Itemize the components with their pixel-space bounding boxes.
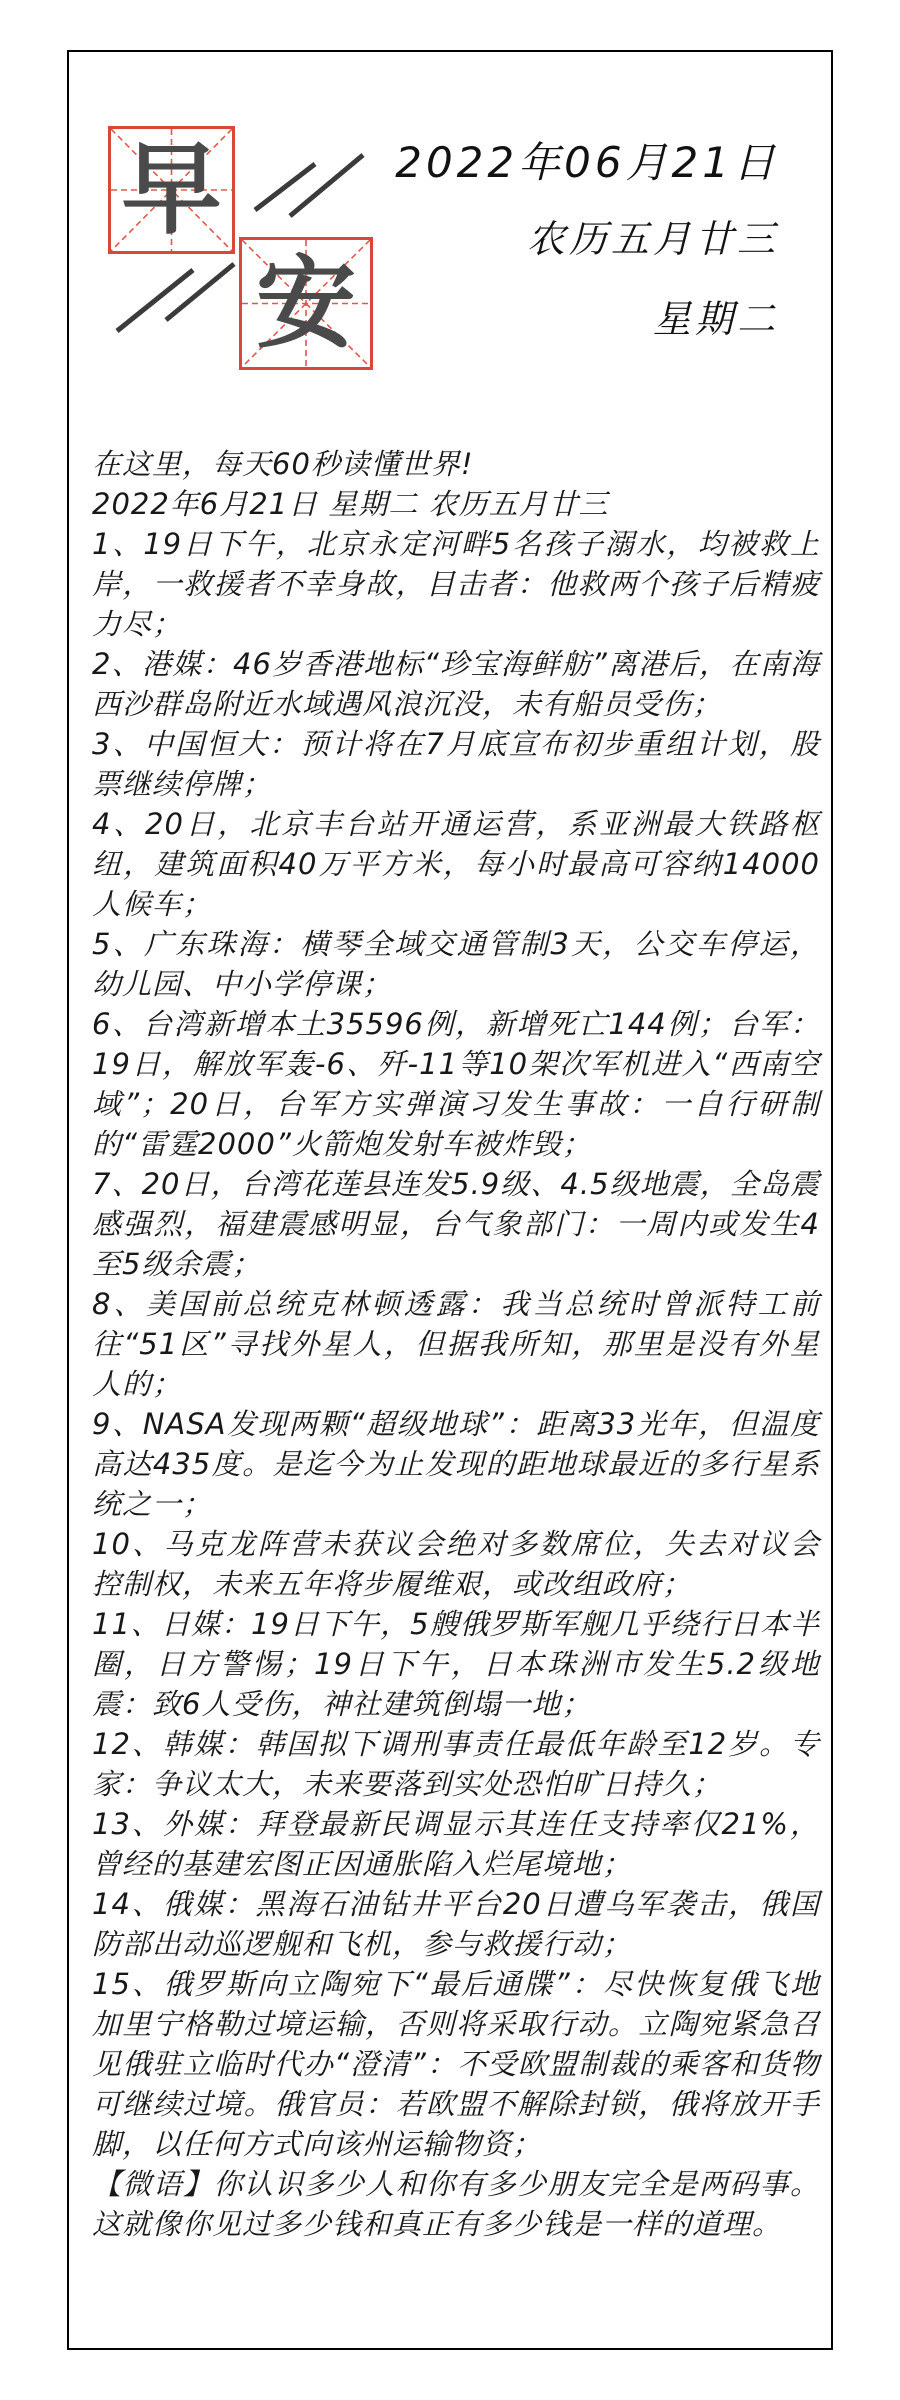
news-item: 2、港媒：46岁香港地标“珍宝海鲜舫”离港后，在南海西沙群岛附近水域遇风浪沉没，… xyxy=(92,644,820,724)
logo-grid-box-zao: 早 xyxy=(108,126,235,254)
news-item: 1、19日下午，北京永定河畔5名孩子溺水，均被救上岸，一救援者不幸身故，目击者：… xyxy=(92,524,820,644)
date-block: 2022年06月21日 农历五月廿三 星期二 xyxy=(395,140,779,341)
logo-char-an: 安 xyxy=(242,240,370,367)
news-item: 15、俄罗斯向立陶宛下“最后通牒”：尽快恢复俄飞地加里宁格勒过境运输，否则将采取… xyxy=(92,1964,820,2164)
logo-char-zao: 早 xyxy=(111,129,232,251)
news-item: 13、外媒：拜登最新民调显示其连任支持率仅21%，曾经的基建宏图正因通胀陷入烂尾… xyxy=(92,1804,820,1884)
page: 早 安 2022年06月21日 农历五月廿三 星期二 在这里，每天 xyxy=(0,0,900,2400)
news-item: 6、台湾新增本土35596例，新增死亡144例；台军：19日，解放军轰-6、歼-… xyxy=(92,1004,820,1164)
weiyu-quote: 【微语】你认识多少人和你有多少朋友完全是两码事。这就像你见过多少钱和真正有多少钱… xyxy=(92,2164,820,2244)
header-date: 2022年06月21日 xyxy=(395,140,779,186)
header-lunar-date: 农历五月廿三 xyxy=(395,219,779,261)
news-list: 1、19日下午，北京永定河畔5名孩子溺水，均被救上岸，一救援者不幸身故，目击者：… xyxy=(92,524,820,2164)
page-border: 早 安 2022年06月21日 农历五月廿三 星期二 在这里，每天 xyxy=(67,50,833,2350)
logo-grid-box-an: 安 xyxy=(239,237,373,370)
intro-line: 在这里，每天60秒读懂世界! xyxy=(92,444,820,484)
header: 早 安 2022年06月21日 农历五月廿三 星期二 xyxy=(69,52,831,432)
news-item: 7、20日，台湾花莲县连发5.9级、4.5级地震，全岛震感强烈，福建震感明显，台… xyxy=(92,1164,820,1284)
news-item: 14、俄媒：黑海石油钻井平台20日遭乌军袭击，俄国防部出动巡逻舰和飞机，参与救援… xyxy=(92,1884,820,1964)
news-item: 10、马克龙阵营未获议会绝对多数席位，失去对议会控制权，未来五年将步履维艰，或改… xyxy=(92,1524,820,1604)
news-item: 5、广东珠海：横琴全域交通管制3天，公交车停运，幼儿园、中小学停课； xyxy=(92,924,820,1004)
news-item: 9、NASA发现两颗“超级地球”：距离33光年，但温度高达435度。是迄今为止发… xyxy=(92,1404,820,1524)
news-item: 11、日媒：19日下午，5艘俄罗斯军舰几乎绕行日本半圈，日方警惕；19日下午，日… xyxy=(92,1604,820,1724)
news-item: 8、美国前总统克林顿透露：我当总统时曾派特工前往“51区”寻找外星人，但据我所知… xyxy=(92,1284,820,1404)
news-item: 12、韩媒：韩国拟下调刑事责任最低年龄至12岁。专家：争议太大，未来要落到实处恐… xyxy=(92,1724,820,1804)
header-weekday: 星期二 xyxy=(395,299,779,341)
news-body: 在这里，每天60秒读懂世界! 2022年6月21日 星期二 农历五月廿三 1、1… xyxy=(92,444,820,2244)
date-line: 2022年6月21日 星期二 农历五月廿三 xyxy=(92,484,820,524)
news-item: 3、中国恒大：预计将在7月底宣布初步重组计划，股票继续停牌； xyxy=(92,724,820,804)
news-item: 4、20日，北京丰台站开通运营，系亚洲最大铁路枢纽，建筑面积40万平方米，每小时… xyxy=(92,804,820,924)
